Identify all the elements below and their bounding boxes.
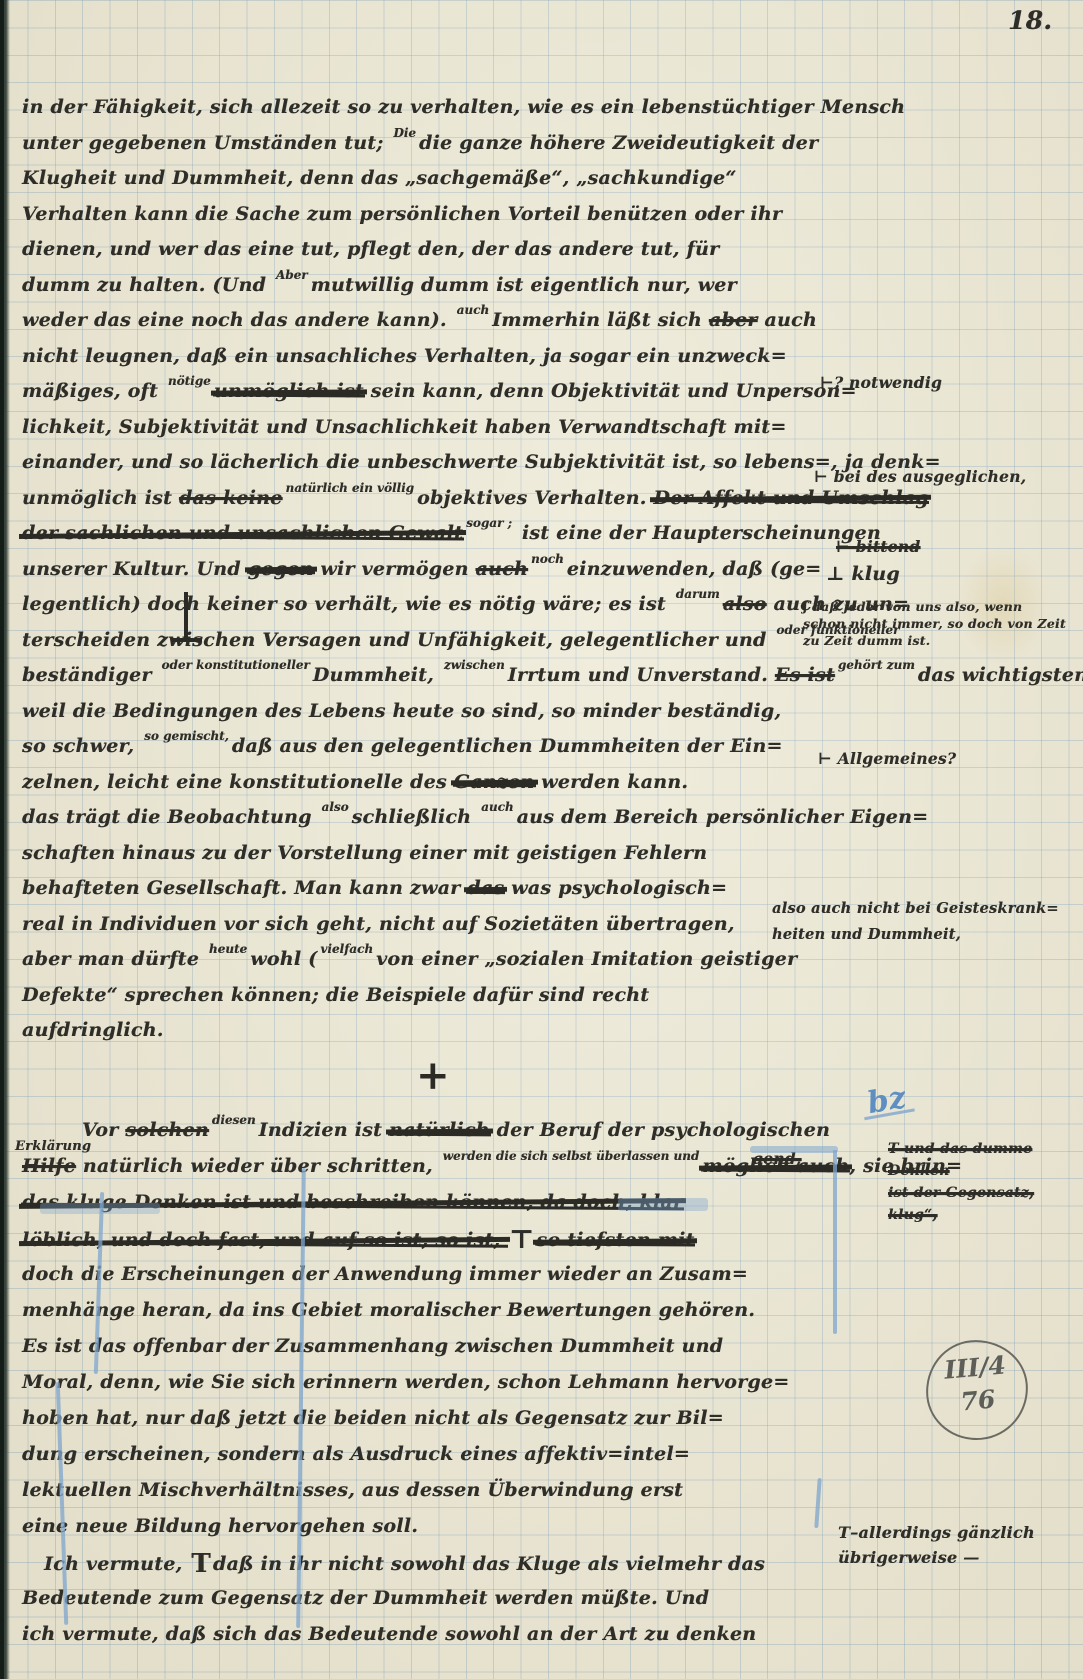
manuscript-line: nicht leugnen, daß ein unsachliches Verh…	[22, 339, 1083, 375]
handwritten-text: Bedeutende zum Gegensatz der Dummheit we…	[22, 1587, 709, 1609]
handwritten-text: weil die Bedingungen des Lebens heute so…	[22, 700, 781, 722]
handwritten-text: unmöglich ist	[22, 487, 179, 509]
manuscript-line: Ich vermute, Tdaß in ihr nicht sowohl da…	[22, 1544, 962, 1580]
handwritten-text: ich vermute, daß sich das Bedeutende sow…	[22, 1623, 756, 1645]
margin-note-geisteskrank: also auch nicht bei Geisteskrank= heiten…	[772, 896, 1059, 948]
handwritten-text: das trägt die Beobachtung	[22, 806, 319, 828]
handwritten-text: doch die Erscheinungen der Anwendung imm…	[22, 1263, 748, 1285]
manuscript-line: eine neue Bildung hervorgehen soll.	[22, 1508, 962, 1544]
handwritten-text: ist eine der Haupterscheinungen	[515, 522, 881, 544]
blue-pencil-bracket-side	[833, 1150, 837, 1334]
blue-pencil-highlight	[40, 1203, 160, 1214]
manuscript-line: schaften hinaus zu der Vorstellung einer…	[22, 836, 1083, 872]
interline-insertion: werden die sich selbst überlassen und	[443, 1149, 700, 1163]
struck-text: Ganzen	[454, 771, 535, 793]
handwritten-text: objektives Verhalten.	[417, 487, 653, 509]
blue-pencil-bracket-top	[750, 1146, 838, 1153]
interline-insertion: heute	[209, 942, 247, 956]
blue-pencil-highlight	[618, 1198, 708, 1211]
handwritten-text: die ganze höhere Zweideutigkeit der	[419, 132, 818, 154]
handwritten-text: zelnen, leicht eine konstitutionelle des	[22, 771, 454, 793]
handwritten-text: daß aus den gelegentlichen Dummheiten de…	[232, 735, 783, 757]
page-binding-edge	[0, 0, 10, 1679]
section-separator: +	[416, 1052, 450, 1099]
interline-insertion: auch	[481, 800, 514, 814]
handwritten-text: wohl (	[250, 948, 317, 970]
handwritten-text: einander, und so lächerlich die unbeschw…	[22, 451, 941, 473]
handwritten-text: wir vermögen	[313, 558, 475, 580]
interline-insertion: Aber	[276, 268, 308, 282]
handwritten-text: was psychologisch=	[504, 877, 727, 899]
handwritten-text: unserer Kultur. Und	[22, 558, 248, 580]
manuscript-line: Es ist das offenbar der Zusammenhang zwi…	[22, 1328, 962, 1364]
struck-text: gegen	[248, 558, 314, 580]
interline-insertion: gehört zum	[838, 658, 915, 672]
handwritten-text: in der Fähigkeit, sich allezeit so zu ve…	[22, 96, 905, 118]
interline-insertion: vielfach	[320, 942, 373, 956]
struck-text: löblich, und doch fast, und auf so ist, …	[22, 1229, 507, 1251]
handwritten-text: dumm zu halten. (Und	[22, 274, 273, 296]
manuscript-line: in der Fähigkeit, sich allezeit so zu ve…	[22, 90, 1083, 126]
struck-text: auch	[475, 558, 528, 580]
handwritten-text: schaften hinaus zu der Vorstellung einer…	[22, 842, 707, 864]
manuscript-line: unserer Kultur. Und gegen wir vermögen a…	[22, 552, 1083, 588]
manuscript-line: dienen, und wer das eine tut, pflegt den…	[22, 232, 1083, 268]
handwritten-text: T	[191, 1549, 211, 1579]
interline-insertion: also	[322, 800, 349, 814]
margin-note-bittend-struck: ⊢ bittend	[836, 536, 920, 557]
handwritten-text: mäßiges, oft	[22, 380, 165, 402]
manuscript-line: der sachlichen und unsachlichen Gewaltso…	[22, 516, 1083, 552]
handwritten-text: aus dem Bereich persönlicher Eigen=	[517, 806, 929, 828]
handwritten-text: terscheiden zwischen Versagen und Unfähi…	[22, 629, 773, 651]
manuscript-line: unter gegebenen Umständen tut; Diedie ga…	[22, 126, 1083, 162]
interline-insertion: darum	[676, 587, 720, 601]
handwritten-text: real in Individuen vor sich geht, nicht …	[22, 913, 735, 935]
interline-insertion: zwischen	[444, 658, 505, 672]
handwritten-text: natürlich wieder über schritten,	[76, 1155, 440, 1177]
handwritten-text: unter gegebenen Umständen tut;	[22, 132, 390, 154]
interline-insertion: auch	[457, 303, 490, 317]
handwritten-text: schließlich	[352, 806, 478, 828]
manuscript-line: zelnen, leicht eine konstitutionelle des…	[22, 765, 1083, 801]
manuscript-line: das kluge Denken ist und beschreiben kön…	[22, 1184, 962, 1220]
interline-insertion: Die	[393, 126, 416, 140]
manuscript-line: dumm zu halten. (Und Abermutwillig dumm …	[22, 268, 1083, 304]
handwritten-text: das wichtigsten,	[918, 664, 1083, 686]
struck-text: solchen	[125, 1119, 209, 1141]
handwritten-text: einzuwenden, daß (ge=	[567, 558, 822, 580]
handwritten-text: menhänge heran, da ins Gebiet moralische…	[22, 1299, 755, 1321]
handwritten-text: weder das eine noch das andere kann).	[22, 309, 454, 331]
manuscript-line: doch die Erscheinungen der Anwendung imm…	[22, 1256, 962, 1292]
manuscript-line: lektuellen Mischverhältnisses, aus desse…	[22, 1472, 962, 1508]
struck-text: natürlich	[389, 1119, 490, 1141]
handwritten-text: eine neue Bildung hervorgehen soll.	[22, 1515, 418, 1537]
handwritten-text: Immerhin läßt sich	[492, 309, 709, 331]
interline-insertion: natürlich ein völlig	[285, 481, 414, 495]
struck-text: Es ist	[775, 664, 835, 686]
handwritten-text: Defekte“ sprechen können; die Beispiele …	[22, 984, 649, 1006]
margin-note-brace: ʃ daß jeder von uns also, wenn schon nic…	[803, 598, 1066, 649]
interline-insertion: diesen	[212, 1113, 256, 1127]
struck-text: Der Affekt und Umschlag	[653, 487, 928, 509]
struck-text: das	[467, 877, 504, 899]
manuscript-line: Moral, denn, wie Sie sich erinnern werde…	[22, 1364, 962, 1400]
handwritten-text: lichkeit, Subjektivität und Unsachlichke…	[22, 416, 787, 438]
manuscript-line: Bedeutende zum Gegensatz der Dummheit we…	[22, 1580, 962, 1616]
manuscript-line: weil die Bedingungen des Lebens heute so…	[22, 694, 1083, 730]
interline-insertion: nötige	[168, 374, 211, 388]
margin-note-erklaerung: Erklärung	[15, 1136, 91, 1157]
margin-note-klug: ⊥ klug	[826, 564, 900, 585]
struck-text: Hilfe	[22, 1155, 76, 1177]
handwritten-text: Moral, denn, wie Sie sich erinnern werde…	[22, 1371, 789, 1393]
handwritten-text: lektuellen Mischverhältnisses, aus desse…	[22, 1479, 683, 1501]
manuscript-line: Hilfe natürlich wieder über schritten, w…	[22, 1148, 962, 1184]
handwritten-text: Irrtum und Unverstand.	[508, 664, 775, 686]
margin-note-allgemeines: ⊢ Allgemeines?	[818, 748, 956, 769]
handwritten-text: von einer „sozialen Imitation geistiger	[376, 948, 797, 970]
handwritten-text: auch	[758, 309, 817, 331]
handwritten-text: aufdringlich.	[22, 1019, 164, 1041]
manuscript-line: das trägt die Beobachtung alsoschließlic…	[22, 800, 1083, 836]
margin-note-notwendig: ⊢? notwendig	[820, 372, 942, 393]
handwritten-text: daß in ihr nicht sowohl das Kluge als vi…	[213, 1553, 765, 1575]
manuscript-line: Vor solchendiesenIndizien ist natürlich …	[22, 1112, 962, 1148]
handwritten-text: dung erscheinen, sondern als Ausdruck ei…	[22, 1443, 690, 1465]
manuscript-line: lichkeit, Subjektivität und Unsachlichke…	[22, 410, 1083, 446]
handwritten-text: Indizien ist	[259, 1119, 389, 1141]
handwritten-text: ⊤	[509, 1225, 534, 1255]
handwritten-text: mutwillig dumm ist eigentlich nur, wer	[311, 274, 737, 296]
manuscript-line: weder das eine noch das andere kann). au…	[22, 303, 1083, 339]
manuscript-line: ich vermute, daß sich das Bedeutende sow…	[22, 1616, 962, 1652]
manuscript-line: Defekte“ sprechen können; die Beispiele …	[22, 978, 1083, 1014]
struck-text: unmöglich ist	[214, 380, 364, 402]
interline-insertion: noch	[531, 552, 564, 566]
struck-text: so tiefsten mit	[536, 1229, 694, 1251]
handwritten-text: Klugheit und Dummheit, denn das „sachgem…	[22, 167, 736, 189]
handwritten-text: sein kann, denn Objektivität und Unperso…	[364, 380, 857, 402]
handwritten-text: werden kann.	[534, 771, 688, 793]
handwritten-text: dienen, und wer das eine tut, pflegt den…	[22, 238, 719, 260]
margin-note-ausgeglichen: ⊢ bei des ausgeglichen,	[814, 466, 1026, 487]
handwritten-text: der Beruf der psychologischen	[490, 1119, 830, 1141]
handwritten-text: beständiger	[22, 664, 158, 686]
manuscript-line: hoben hat, nur daß jetzt die beiden nich…	[22, 1400, 962, 1436]
manuscript-block-2: Vor solchendiesenIndizien ist natürlich …	[22, 1112, 962, 1652]
struck-text: der sachlichen und unsachlichen Gewalt	[22, 522, 463, 544]
handwritten-text: so schwer,	[22, 735, 141, 757]
struck-text: das keine	[179, 487, 283, 509]
handwritten-text: nicht leugnen, daß ein unsachliches Verh…	[22, 345, 787, 367]
struck-text: aber	[709, 309, 758, 331]
interline-insertion: oder konstitutioneller	[161, 658, 309, 672]
manuscript-line: aufdringlich.	[22, 1013, 1083, 1049]
manuscript-line: beständiger oder konstitutionellerDummhe…	[22, 658, 1083, 694]
handwritten-text: aber man dürfte	[22, 948, 206, 970]
interline-insertion: so gemischt,	[144, 729, 229, 743]
manuscript-line: Klugheit und Dummheit, denn das „sachgem…	[22, 161, 1083, 197]
handwritten-text: hoben hat, nur daß jetzt die beiden nich…	[22, 1407, 724, 1429]
handwritten-text: Verhalten kann die Sache zum persönliche…	[22, 203, 782, 225]
margin-note-allerdings: T–allerdings gänzlich übrigerweise —	[838, 1520, 1035, 1570]
handwritten-text: Es ist das offenbar der Zusammenhang zwi…	[22, 1335, 723, 1357]
handwritten-text: behafteten Gesellschaft. Man kann zwar	[22, 877, 467, 899]
manuscript-line: Verhalten kann die Sache zum persönliche…	[22, 197, 1083, 233]
struck-text: also	[723, 593, 767, 615]
insertion-caret-mark	[184, 592, 188, 640]
manuscript-line: menhänge heran, da ins Gebiet moralische…	[22, 1292, 962, 1328]
handwritten-text: legentlich) doch keiner so verhält, wie …	[22, 593, 673, 615]
handwritten-text: Dummheit,	[313, 664, 441, 686]
manuscript-line: dung erscheinen, sondern als Ausdruck ei…	[22, 1436, 962, 1472]
page-number: 18.	[1008, 6, 1052, 35]
margin-note-dumme-denken-struck: T und das dumme Denken ist der Gegensatz…	[888, 1138, 1083, 1226]
interline-insertion: sogar ;	[466, 516, 512, 530]
manuscript-line: löblich, und doch fast, und auf so ist, …	[22, 1220, 962, 1256]
